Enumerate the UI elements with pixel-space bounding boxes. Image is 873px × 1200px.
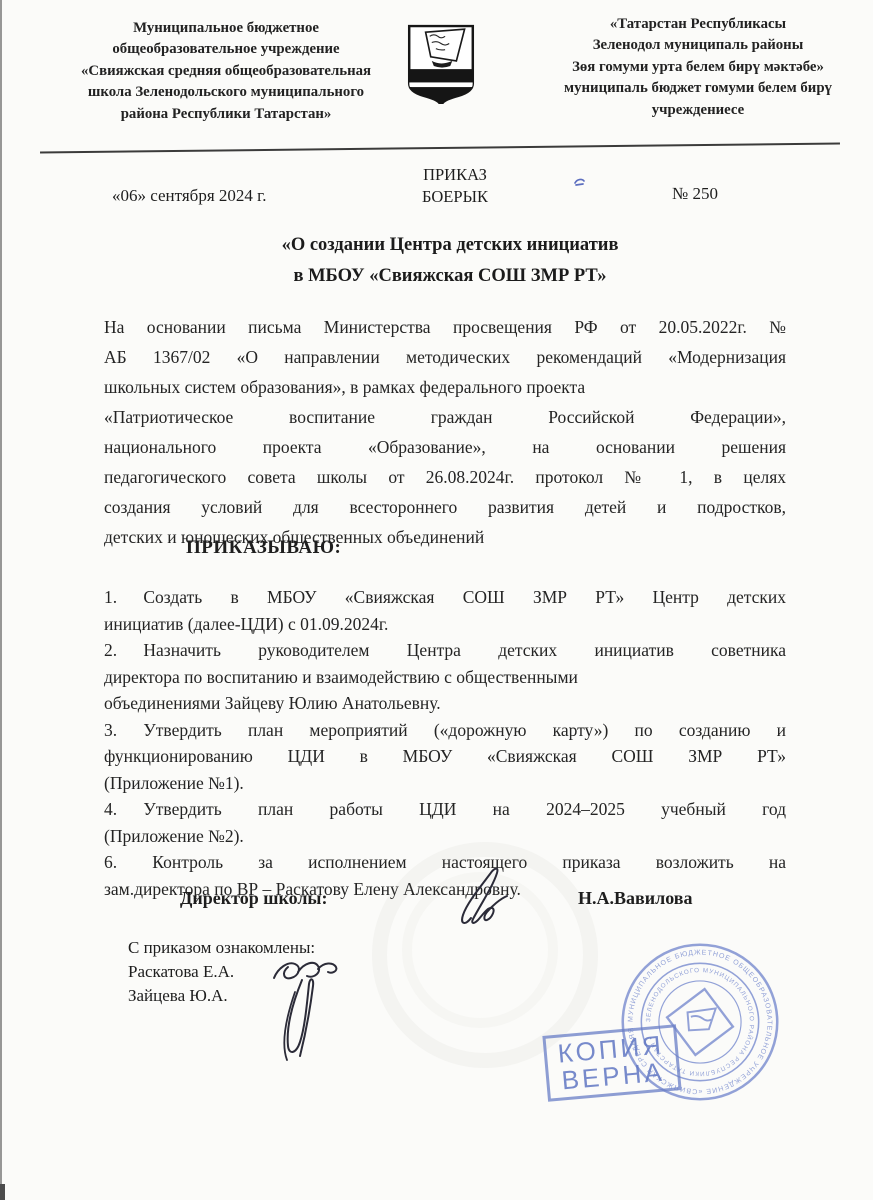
order-date: «06» сентября 2024 г. <box>112 186 266 206</box>
copy-stamp-line2: ВЕРНА <box>561 1059 666 1095</box>
document-type-russian: ПРИКАЗ <box>395 164 515 186</box>
item-4-line: 4. Утвердить план работы ЦДИ на 2024–202… <box>104 796 786 823</box>
director-signature <box>455 862 535 942</box>
order-title: «О создании Центра детских инициатив в М… <box>140 230 760 292</box>
preamble-line: «Патриотическое воспитание граждан Росси… <box>104 402 786 432</box>
director-name: Н.А.Вавилова <box>578 888 692 909</box>
item-2-line: 2. Назначить руководителем Центра детски… <box>104 637 786 664</box>
preamble-line: На основании письма Министерства просвещ… <box>104 312 786 342</box>
org-name-tatar: «Татарстан Республикасы Зеленодол муници… <box>528 14 868 121</box>
resolve-word: ПРИКАЗЫВАЮ: <box>186 537 341 559</box>
document-type: ПРИКАЗ БОЕРЫК <box>395 164 515 208</box>
preamble-line: педагогического совета школы от 26.08.20… <box>104 462 786 492</box>
order-title-line2: в МБОУ «Свияжская СОШ ЗМР РТ» <box>140 261 760 292</box>
item-3-line: (Приложение №1). <box>104 770 786 797</box>
header-divider-line <box>40 142 840 153</box>
copy-verified-stamp: КОПИЯ ВЕРНА <box>542 1024 681 1101</box>
item-2-line: директора по воспитанию и взаимодействию… <box>104 664 786 691</box>
pen-mark <box>572 176 588 188</box>
scanned-order-document: Муниципальное бюджетное общеобразователь… <box>0 0 873 1200</box>
order-title-line1: «О создании Центра детских инициатив <box>140 230 760 261</box>
acknowledgement-signatures <box>262 948 352 1066</box>
item-1-line: инициатив (далее-ЦДИ) с 01.09.2024г. <box>104 611 786 638</box>
preamble-line: АБ 1367/02 «О направлении методических р… <box>104 342 786 372</box>
document-type-tatar: БОЕРЫК <box>395 186 515 208</box>
item-2-line: объединениями Зайцеву Юлию Анатольевну. <box>104 690 786 717</box>
item-3-line: функционированию ЦДИ в МБОУ «Свияжская С… <box>104 743 786 770</box>
item-1-line: 1. Создать в МБОУ «Свияжская СОШ ЗМР РТ»… <box>104 584 786 611</box>
item-4-line: (Приложение №2). <box>104 823 786 850</box>
item-3-line: 3. Утвердить план мероприятий («дорожную… <box>104 717 786 744</box>
director-label: Директор школы: <box>180 888 327 909</box>
org-name-russian: Муниципальное бюджетное общеобразователь… <box>52 18 400 125</box>
preamble-line: школьных систем образования», в рамках ф… <box>104 372 786 402</box>
order-number: № 250 <box>672 184 718 204</box>
coat-of-arms-icon <box>404 24 478 104</box>
scan-edge <box>0 0 2 1200</box>
scan-artifact <box>0 1184 5 1200</box>
preamble-paragraph: На основании письма Министерства просвещ… <box>104 312 786 552</box>
preamble-line: создания условий для всестороннего разви… <box>104 492 786 522</box>
preamble-line: национального проекта «Образование», на … <box>104 432 786 462</box>
